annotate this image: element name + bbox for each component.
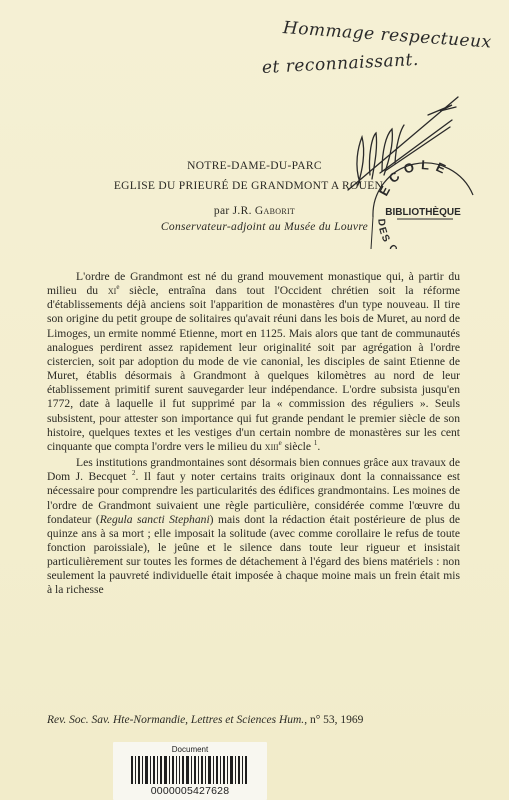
paragraph-2: Les institutions grandmontaines sont dés… <box>47 456 460 598</box>
handwritten-dedication-line1: Hommage respectueux <box>282 18 492 53</box>
barcode-number: 0000005427628 <box>113 785 267 797</box>
barcode-sticker: Document 0000005427628 <box>113 742 267 800</box>
journal-issue: , n° 53, 1969 <box>304 714 363 726</box>
svg-text:DES CHARTES: DES CHARTES <box>375 218 446 249</box>
author-prefix: par J.R. <box>214 205 255 217</box>
journal-citation: Rev. Soc. Sav. Hte-Normandie, Lettres et… <box>47 714 363 726</box>
journal-name: Rev. Soc. Sav. Hte-Normandie, Lettres et… <box>47 714 304 726</box>
svg-text:BIBLIOTHÈQUE: BIBLIOTHÈQUE <box>385 205 461 218</box>
barcode-icon <box>131 756 249 784</box>
svg-text:ECOLE: ECOLE <box>376 157 454 198</box>
author-name: Gaborit <box>255 205 295 217</box>
library-stamp-icon: ECOLE BIBLIOTHÈQUE DES CHARTES <box>367 157 479 249</box>
handwritten-dedication-line2: et reconnaissant. <box>261 50 419 78</box>
article-body: L'ordre de Grandmont est né du grand mou… <box>47 270 460 600</box>
barcode-label-title: Document <box>113 745 267 754</box>
document-page: Hommage respectueux et reconnaissant. NO… <box>0 0 509 800</box>
paragraph-1: L'ordre de Grandmont est né du grand mou… <box>47 270 460 454</box>
